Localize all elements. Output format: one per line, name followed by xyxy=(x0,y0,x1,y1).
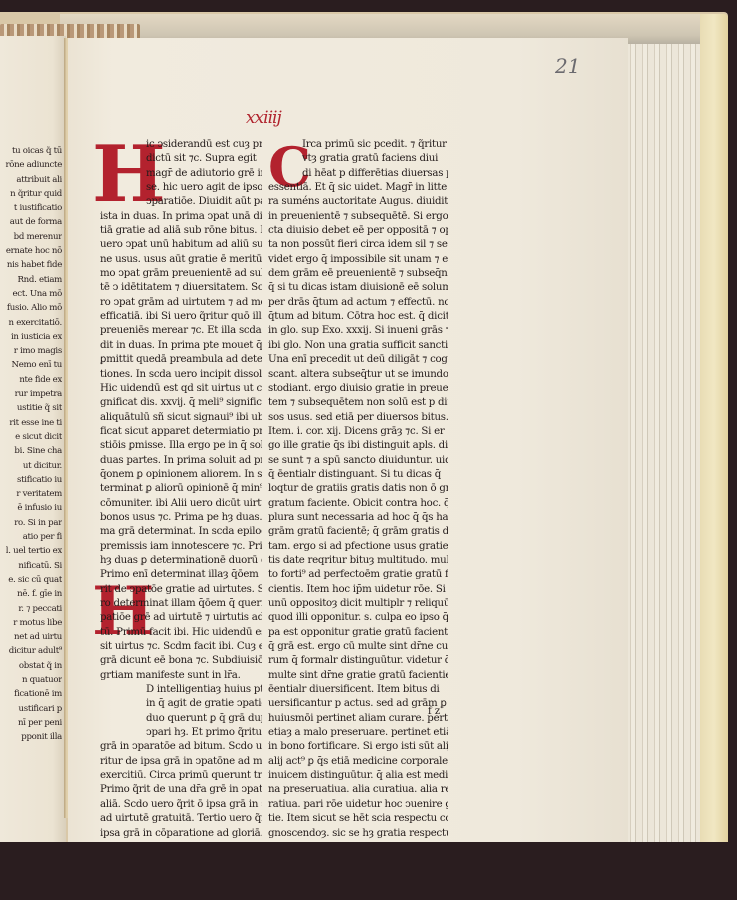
text-line: in preuenientē ⁊ subsequētē. Si ergo re xyxy=(268,210,448,224)
left-page-line: l. uel tertio ex xyxy=(0,544,62,558)
left-page-line: nē. f. gīe in xyxy=(0,587,62,601)
text-line: Irca primū sic pcedit. ⁊ q̃ritur xyxy=(268,138,448,152)
text-line: in bono fortificare. Si ergo isti sūt al… xyxy=(268,740,448,754)
text-line: stiōis ꝑmisse. Illa ergo pe in q̄ soluit… xyxy=(100,439,262,453)
text-line: rit de ↄpatōe gratie ad uirtutes. Scdo u… xyxy=(100,583,262,597)
text-line: terminat ꝑ aliorū opinionē q̄ min⁹ tenet… xyxy=(100,482,262,496)
left-page-line: bi. Sine cha xyxy=(0,444,62,458)
text-line: ritur de ipsa grā in ↄpatōne ad merendi xyxy=(100,755,262,769)
left-page-line: n q̃ritur quid xyxy=(0,187,62,201)
left-page-line: net ad uirtu xyxy=(0,630,62,644)
left-page-line: ustificari p xyxy=(0,702,62,716)
left-page-line: Nemo enī tu xyxy=(0,358,62,372)
text-line: vtȝ gratia gratū faciens diui xyxy=(268,152,448,166)
left-page-line: dicitur adult⁹ xyxy=(0,644,62,658)
text-line: gnificat dis. xxvij. q̄ meli⁹ significar… xyxy=(100,396,262,410)
text-line: tiones. In scda uero incipit dissoluere.… xyxy=(100,368,262,382)
text-line: Hic uidendū est qd sit uirtus ut cōitez … xyxy=(100,382,262,396)
text-line: unū oppositoȝ dicit multiplr ⁊ reliquū xyxy=(268,597,448,611)
text-line: ratiua. pari rōe uidetur hoc ↄuenire gra xyxy=(268,798,448,812)
text-line: gratum faciente. Obicit contra hoc. q̄ xyxy=(268,497,448,511)
text-line: ta non possūt fieri circa idem sil ⁊ sem… xyxy=(268,238,448,252)
text-line: tē ↄ idētitatem ⁊ diuersitatem. Scdo ue xyxy=(100,281,262,295)
text-line: cientis. Item hoc ip̄m uidetur rōe. Si xyxy=(268,583,448,597)
text-line: plura sunt necessaria ad hoc q̄ q̄s habe… xyxy=(268,511,448,525)
text-line: ista in duas. In prima ↄpat unā differen xyxy=(100,210,262,224)
text-line: duo querunt ꝑ q̄ grā duplx xyxy=(100,712,262,726)
left-page-line: rit esse ine ti xyxy=(0,416,62,430)
text-line: q̄onem ꝑ opinionem aliorem. In scda uero… xyxy=(100,468,262,482)
vellum-cover-edge xyxy=(700,14,728,870)
text-line: etiaȝ a malo preseruare. pertinet etiā e… xyxy=(268,726,448,740)
left-page-line: atio per fi xyxy=(0,530,62,544)
text-line: se sunt ⁊ a spū sancto diuiduntur. uidet… xyxy=(268,454,448,468)
text-line: ro ↄpat grām ad uirtutem ⁊ ad merendi xyxy=(100,296,262,310)
text-line: ma grā determinat. In scda epilogat. ibi… xyxy=(100,525,262,539)
text-line: q̄ grā est. ergo cū multe sint dr̄ne cul… xyxy=(268,640,448,654)
running-head: xxiiij xyxy=(246,108,281,128)
text-line: hȝ duas ꝑ determinationē duorū dubioȝ. xyxy=(100,554,262,568)
text-line: stodiant. ergo diuisio gratie in preueni… xyxy=(268,382,448,396)
text-line: tem ⁊ subsequētem non solū est p diuer xyxy=(268,396,448,410)
text-line: grtiam manifeste sunt in lr̄a. xyxy=(100,669,262,683)
text-line: quod illi opponitur. s. culpa eo ipso q̄… xyxy=(268,611,448,625)
text-line: patiōe grē ad uirtutē ⁊ uirtutis ad meri xyxy=(100,611,262,625)
left-page-line: nis habet fide xyxy=(0,258,62,272)
text-line: ficat sicut apparet determiatio prioris … xyxy=(100,425,262,439)
text-line: uersificantur p actus. sed ad grām ꝑ q̄ xyxy=(268,697,448,711)
left-page-line: ect. Una mō xyxy=(0,287,62,301)
text-line: alij act⁹ ꝑ q̄s etiā medicine corporales… xyxy=(268,755,448,769)
text-line: dit in duas. In prima pte mouet q̄ōnes ⁊ xyxy=(100,339,262,353)
text-line: loqtur de gratiis gratis datis non ō grā xyxy=(268,482,448,496)
text-line: videt ergo q̄ impossibile sit unam ⁊ ean xyxy=(268,253,448,267)
text-line: tis date reqritur bituȝ multitudo. mul xyxy=(268,554,448,568)
left-page-line: r imo magis xyxy=(0,344,62,358)
signature-mark: f z xyxy=(428,706,440,717)
text-line: ad uirtutē gratuitā. Tertio uero q̃rit d… xyxy=(100,812,262,826)
text-line: grā dicunt eē bona ⁊c. Subdiuisiōes aūte xyxy=(100,654,262,668)
text-line: ic ↄsiderandū est cuȝ pre xyxy=(100,138,262,152)
left-page-line: fusio. Alio mō xyxy=(0,301,62,315)
text-line: Primo q̃rit de una dr̄a grē in ↄpatiōe a… xyxy=(100,783,262,797)
text-line: scant. altera subseq̄tur ut se imundos c… xyxy=(268,368,448,382)
left-page-line: obstat q̃ in xyxy=(0,659,62,673)
left-page-line: e. sic cū quat xyxy=(0,573,62,587)
text-line: magr̄ de adiutorio grē in xyxy=(100,167,262,181)
text-column-right: Irca primū sic pcedit. ⁊ q̃riturvtȝ grat… xyxy=(268,138,448,841)
left-page-line: rōne adiuncte xyxy=(0,158,62,172)
text-line: D intelligentiaȝ huius ptis xyxy=(100,683,262,697)
left-page-line: n exercitatiō. xyxy=(0,316,62,330)
text-line: tiā gratie ad aliā sub rōne bitus. In sc… xyxy=(100,224,262,238)
text-line: ro determinat illam q̄ōem q̄ querit de c… xyxy=(100,597,262,611)
text-line: ipsa grā in cōparatione ad gloriā. xyxy=(100,827,262,841)
text-line: sos usus. sed etiā per diuersos bitus. xyxy=(268,411,448,425)
text-line: multe sint dr̄ne gratie gratū facientie … xyxy=(268,669,448,683)
text-line: dem grām eē preuenientē ⁊ subseq̄ntē; xyxy=(268,267,448,281)
left-page-line: r. ⁊ peccati xyxy=(0,602,62,616)
text-line: q̄ ēentialr distinguant. Si tu dicas q̄ xyxy=(268,468,448,482)
text-line: to forti⁹ ad perfectoēm gratie gratū fa xyxy=(268,568,448,582)
left-page-line: ficationē im xyxy=(0,687,62,701)
text-line: ↄpari hȝ. Et primo q̃ritur ō xyxy=(100,726,262,740)
text-line: ↄparatiōe. Diuidit aūt pa xyxy=(100,195,262,209)
left-page-line: stificatio iu xyxy=(0,473,62,487)
text-line: go ille gratie q̄s ibi distinguit apls. … xyxy=(268,439,448,453)
left-page-line: bd merenur xyxy=(0,230,62,244)
left-page-line: ē infusio iu xyxy=(0,501,62,515)
text-line: in glo. sup Exo. xxxij. Si inueni grās ⁊… xyxy=(268,324,448,338)
text-line: Una enī precedit ut deū diligāt ⁊ cogno xyxy=(268,353,448,367)
left-page: tu oicas q̃ tūrōne adiuncteattribuit ali… xyxy=(0,36,66,844)
left-page-line: nificatū. Si xyxy=(0,559,62,573)
text-line: pa est opponitur gratie gratū facienti ꝑ xyxy=(268,626,448,640)
folio-number: 21 xyxy=(555,54,580,78)
text-line: ne usus. usus aūt gratie ē meritū. vñ pr… xyxy=(100,253,262,267)
left-page-line: Rnd. etiam xyxy=(0,273,62,287)
text-line: di hēat p differētias diuersas p xyxy=(268,167,448,181)
text-line: bonos usus ⁊c. Prima pe hȝ duas. In pri xyxy=(100,511,262,525)
book-photograph: tu oicas q̃ tūrōne adiuncteattribuit ali… xyxy=(0,0,737,900)
text-line: ra suméns auctoritate Augus. diuidit grā… xyxy=(268,195,448,209)
left-page-line: nte fide ex xyxy=(0,373,62,387)
text-line: q̄tum ad bitum. Cōtra hoc est. q̄ dicit xyxy=(268,310,448,324)
text-line: se. hic uero agit de ipso in xyxy=(100,181,262,195)
text-line: per drās q̄tum ad actum ⁊ effectū. non xyxy=(268,296,448,310)
text-line: cta diuisio debet eē per oppositā ⁊ oppo… xyxy=(268,224,448,238)
text-line: mo ↄpat grām preuenientē ad subseq̄tē xyxy=(100,267,262,281)
background-shadow xyxy=(0,842,737,900)
left-page-line: ernate hoc nō xyxy=(0,244,62,258)
text-line: tam. ergo si ad pfectione usus gratie gr… xyxy=(268,540,448,554)
text-line: uero ↄpat unū habitum ad aliū sub rō xyxy=(100,238,262,252)
text-line: Item. i. cor. xij. Dicens grāȝ ⁊c. Si er xyxy=(268,425,448,439)
text-line: inuicem distinguūtur. q̄ alia est medici xyxy=(268,769,448,783)
left-page-line: aut de forma xyxy=(0,215,62,229)
text-line: in q̄ agit de gratie ↄpatione xyxy=(100,697,262,711)
left-page-line: r motus libe xyxy=(0,616,62,630)
text-line: preueniēs merear ⁊c. Et illa scda pe diu… xyxy=(100,324,262,338)
text-line: tie. Item sicut se hēt scia respectu co xyxy=(268,812,448,826)
text-column-left: ic ↄsiderandū est cuȝ predictū sit ⁊c. S… xyxy=(100,138,262,841)
text-line: exercitiū. Circa primū querunt tria. xyxy=(100,769,262,783)
left-page-line: pponit illa xyxy=(0,730,62,744)
text-line: na preseruatiua. alia curatiua. alia res… xyxy=(268,783,448,797)
left-page-line: n quatuor xyxy=(0,673,62,687)
left-page-line: t iustificatio xyxy=(0,201,62,215)
text-line: rum q̄ formalr distinguūtur. videtur q̄ xyxy=(268,654,448,668)
text-line: grā in ↄparatōe ad bitum. Scdo uero q̃ xyxy=(100,740,262,754)
text-line: Primo enī determinat illaȝ q̄ōem q̄ que xyxy=(100,568,262,582)
left-page-line: in iusticia ex xyxy=(0,330,62,344)
text-line: tū. Primū facit ibi. Hic uidendū est qd xyxy=(100,626,262,640)
text-line: aliā. Scdo uero q̃rit ō ipsa grā in ↄpar… xyxy=(100,798,262,812)
text-line: cōmuniter. ibi Alii uero dicūt uirtutes … xyxy=(100,497,262,511)
text-line: efficatiā. ibi Si uero q̃ritur quō illa … xyxy=(100,310,262,324)
text-line: premissis iam innotescere ⁊c. Prima pe xyxy=(100,540,262,554)
left-page-line: nī per peni xyxy=(0,716,62,730)
left-page-text-fragments: tu oicas q̃ tūrōne adiuncteattribuit ali… xyxy=(0,144,62,744)
text-line: aliquātulū sñ sicut signaui⁹ ibi ubi sig… xyxy=(100,411,262,425)
text-line: ibi glo. Non una gratia sufficit sanctis… xyxy=(268,339,448,353)
text-line: duas partes. In prima soluit ad predictā xyxy=(100,454,262,468)
text-line: sit uirtus ⁊c. Scdm facit ibi. Cuȝ ergo … xyxy=(100,640,262,654)
text-line: ꝑmittit quedā preambula ad determia xyxy=(100,353,262,367)
text-line: essentiā. Et q̄ sic uidet. Magr̄ in litt… xyxy=(268,181,448,195)
left-page-line: rur impetra xyxy=(0,387,62,401)
left-page-line: ustitie q̃ sit xyxy=(0,401,62,415)
text-line: grām gratū facientē; q̄ grām gratis da xyxy=(268,525,448,539)
text-line: huiusmōi pertinet aliam curare. pertinet xyxy=(268,712,448,726)
left-page-line: tu oicas q̃ tū xyxy=(0,144,62,158)
left-page-line: e sicut dicit xyxy=(0,430,62,444)
left-page-line: attribuit ali xyxy=(0,173,62,187)
left-page-line: ro. Si in par xyxy=(0,516,62,530)
text-line: ēentialr diuersificent. Item bitus di xyxy=(268,683,448,697)
left-page-line: ut dicitur. xyxy=(0,459,62,473)
text-line: gnoscendoȝ. sic se hȝ gratia respectu me xyxy=(268,827,448,841)
text-line: dictū sit ⁊c. Supra egit xyxy=(100,152,262,166)
text-line: q̄ si tu dicas istam diuisionē eē solumm… xyxy=(268,281,448,295)
left-page-line: r veritatem xyxy=(0,487,62,501)
